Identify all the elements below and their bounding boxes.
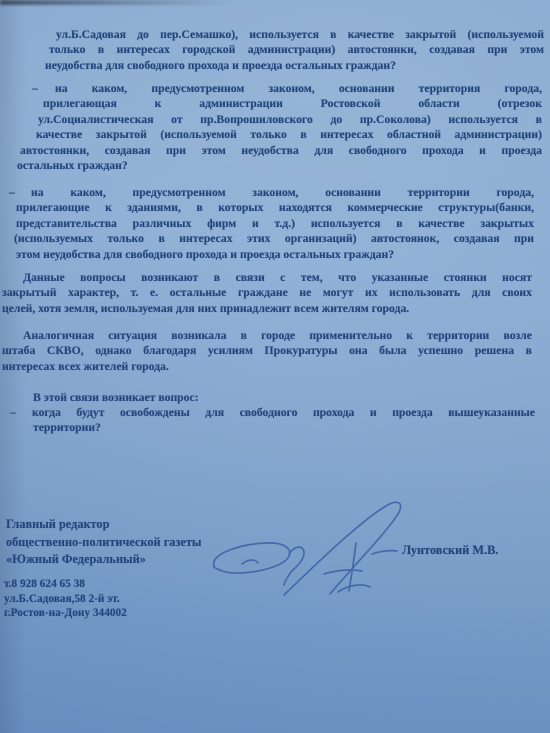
text-line: ул.Б.Садовая до пер.Семашко), использует… (56, 27, 544, 42)
bullet-text: на каком, предусмотренном законом, основ… (55, 81, 542, 173)
text-line: Аналогичная ситуация возникала в городе … (23, 328, 532, 343)
text-line: закрытый характер, т. е. остальные гражд… (2, 285, 532, 300)
text-line: представительства различных фирм и т.д.)… (16, 216, 534, 231)
text-line: интересах всех жителей города. (2, 359, 532, 374)
text-line: на каком, предусмотренном законом, основ… (31, 185, 534, 200)
bullet-text: когда будут освобождены для свободного п… (32, 405, 535, 436)
text-line: остальных граждан? (17, 158, 542, 173)
text-line: прилегающие к зданиями, в которых находя… (16, 200, 534, 215)
paragraph-precedent: Аналогичная ситуация возникала в городе … (2, 328, 532, 374)
signatory-name: Лунтовский М.В. (402, 543, 498, 558)
text-line: ул.Б.Садовая,58 2-й эт. (4, 592, 250, 607)
bullet-item-oblast-parking: – на каком, предусмотренном законом, осн… (55, 81, 542, 173)
text-line: (используемых только в интересах этих ор… (14, 231, 534, 246)
text-line: территории? (33, 420, 535, 435)
text-line: качестве закрытой (используемой только в… (36, 127, 542, 142)
text-line: Данные вопросы возникают в связи с тем, … (23, 270, 532, 285)
text-line: на каком, предусмотренном законом, основ… (55, 81, 542, 96)
bullet-item-question-when: – когда будут освобождены для свободного… (32, 405, 535, 436)
text-line: автостоянки, создавая при этом неудобств… (20, 143, 542, 158)
letter-content: ул.Б.Садовая до пер.Семашко), использует… (0, 0, 550, 733)
paragraph-continuation: ул.Б.Садовая до пер.Семашко), использует… (56, 27, 544, 73)
text-line: этом неудобства для свободного прохода и… (16, 247, 534, 262)
question-intro-line: В этой связи возникает вопрос: (33, 390, 532, 405)
text-line: ул.Социалистическая от пр.Вопрошиловског… (38, 112, 542, 127)
bullet-marker: – (10, 405, 16, 420)
bullet-item-commercial-parking: – на каком, предусмотренном законом, осн… (31, 185, 534, 262)
paragraph-reason: Данные вопросы возникают в связи с тем, … (2, 270, 532, 316)
text-line: штаба СКВО, однако благодаря усилиям Про… (2, 343, 532, 358)
text-line: только в интересах городской администрац… (49, 42, 544, 57)
bullet-marker: – (9, 185, 15, 200)
text-line: целей, хотя земля, используемая для них … (2, 301, 532, 316)
text-line: г.Ростов-на-Дону 344002 (4, 606, 250, 621)
bullet-marker: – (32, 81, 38, 96)
text-line: прилегающая к администрации Ростовской о… (43, 96, 542, 111)
text-line: неудобства для свободного прохода и прое… (45, 58, 544, 73)
bullet-text: на каком, предусмотренном законом, основ… (31, 185, 534, 262)
text-line: когда будут освобождены для свободного п… (32, 405, 535, 420)
contact-block: т.8 928 624 65 38ул.Б.Садовая,58 2-й эт.… (4, 577, 250, 621)
text-line: т.8 928 624 65 38 (4, 577, 250, 592)
